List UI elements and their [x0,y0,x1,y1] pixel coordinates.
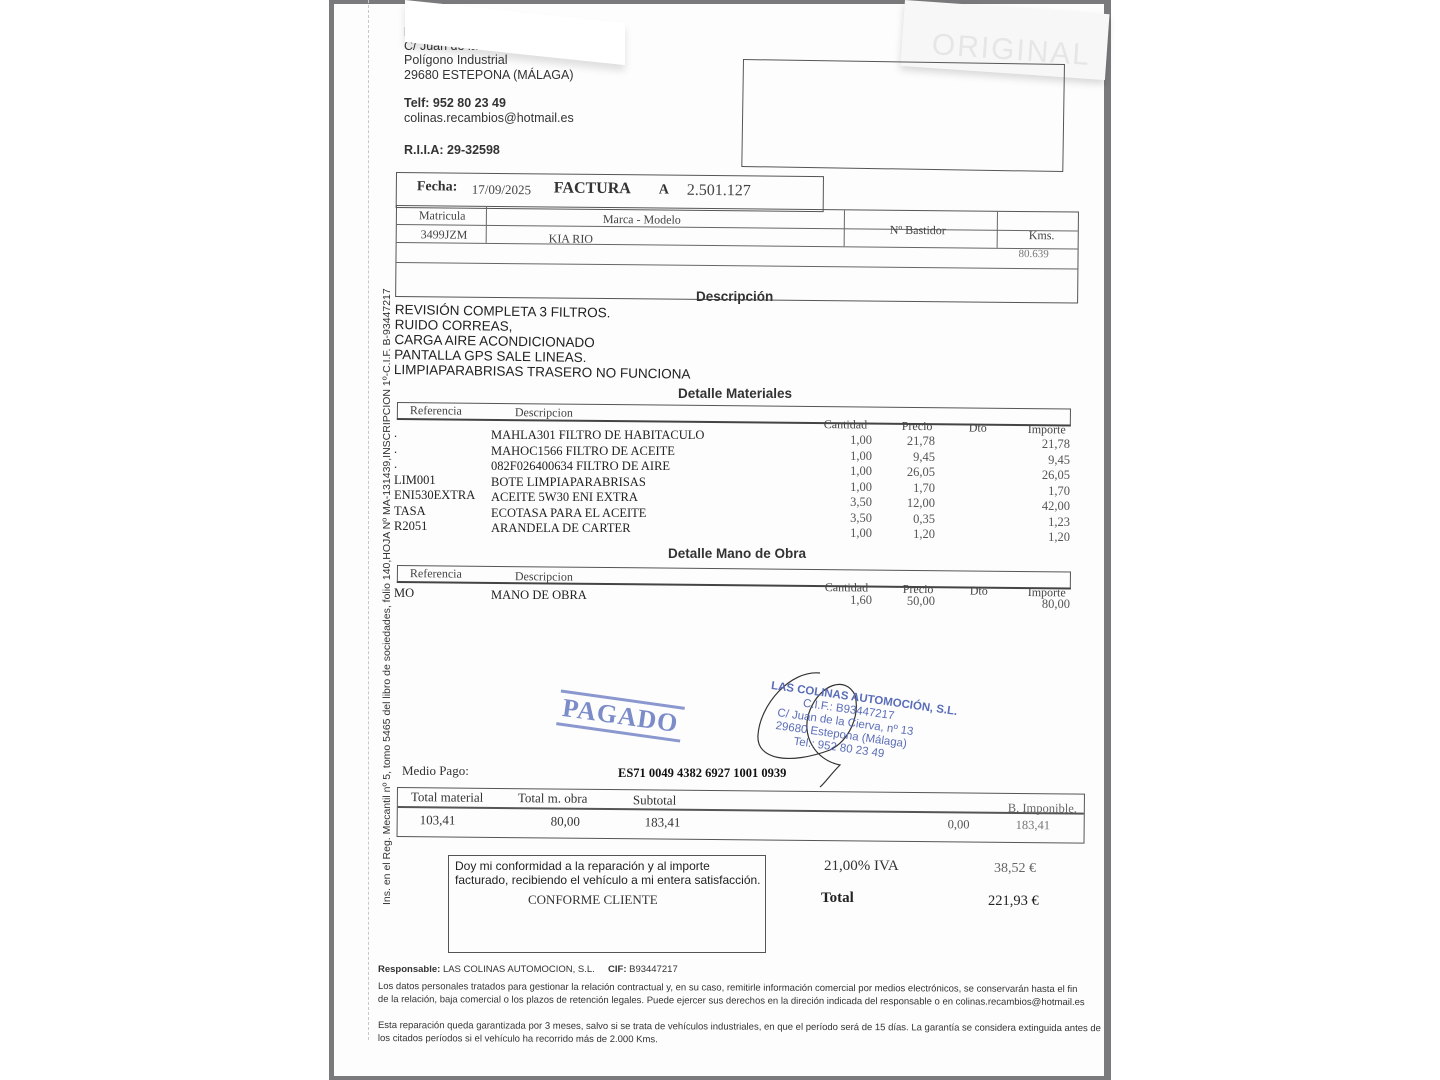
materials-price-cell: 21,78 [880,434,935,449]
vehicle-kms: 80.639 [1019,248,1049,260]
materials-qty-header: Cantidad [824,417,867,432]
materials-qty-cell: 1,00 [822,449,872,464]
materials-desc-cell: 082F026400634 FILTRO DE AIRE [491,459,670,474]
conformity-box: Doy mi conformidad a la reparación y al … [448,855,766,953]
labor-ref-header: Referencia [410,566,462,581]
materials-qty-cell: 1,00 [822,526,872,541]
materials-amount-cell: 26,05 [1010,468,1070,483]
materials-amount-cell: 42,00 [1010,499,1070,514]
total-material-value: 103,41 [420,812,456,828]
materials-ref-cell: TASA [394,504,426,519]
footer-warranty: Esta reparación queda garantizada por 3 … [378,1020,1101,1048]
materials-ref-cell: . [394,457,397,472]
conformity-text: Doy mi conformidad a la reparación y al … [455,860,761,887]
labor-qty-cell: 1,60 [822,593,872,608]
vin-header: Nº Bastidor [890,223,946,239]
materials-qty-cell: 1,00 [822,480,872,495]
materials-ref-cell: R2051 [394,519,427,534]
total-value: 221,93 € [988,893,1039,910]
materials-ref-header: Referencia [410,403,462,418]
footer-privacy: Los datos personales tratados para gesti… [378,981,1085,1009]
base-header: B. Imponible. [1008,801,1077,817]
materials-price-cell: 1,20 [880,527,935,542]
base-value: 183,41 [1016,818,1051,833]
vat-value: 38,52 € [994,861,1036,877]
total-label: Total [821,890,854,907]
invoice-number: 2.501.127 [687,182,751,201]
materials-ref-cell: . [394,442,397,457]
subtotal-value: 183,41 [645,814,681,830]
invoice-type: FACTURA [554,180,631,199]
perforation-line [368,0,369,1040]
invoice-date: 17/09/2025 [472,182,531,199]
subtotal-header: Subtotal [633,792,676,808]
client-address-box [741,59,1065,172]
materials-amount-cell: 1,70 [1010,484,1070,499]
footer-responsable: Responsable: LAS COLINAS AUTOMOCION, S.L… [378,964,678,977]
registry-side-text: Ins. en el Reg. Mecantil nº 5, tomo 5465… [381,305,393,905]
labor-title: Detalle Mano de Obra [668,546,806,561]
kms-header: Kms. [1029,228,1055,243]
total-labor-value: 80,00 [551,813,580,829]
labor-ref-cell: MO [394,586,414,601]
description-lines: REVISIÓN COMPLETA 3 FILTROS. RUIDO CORRE… [394,302,692,382]
materials-dto-header: Dto [969,420,987,435]
labor-dto-header: Dto [970,583,988,598]
materials-qty-cell: 3,50 [822,511,872,526]
materials-desc-cell: ARANDELA DE CARTER [491,521,631,536]
materials-amount-cell: 1,23 [1010,515,1070,530]
vat-label: 21,00% IVA [824,858,899,875]
payment-label: Medio Pago: [402,763,469,779]
materials-price-cell: 12,00 [880,496,935,511]
materials-amount-cell: 1,20 [1010,530,1070,545]
materials-amount-cell: 21,78 [1010,437,1070,452]
materials-desc-cell: ECOTASA PARA EL ACEITE [491,506,646,521]
materials-amount-header: Importe [1028,422,1066,437]
labor-desc-header: Descripcion [515,569,573,585]
company-phone: Telf: 952 80 23 49 [404,96,506,110]
description-title: Descripción [696,289,773,304]
totals-table: Total material Total m. obra Subtotal B.… [397,787,1085,844]
materials-desc-cell: MAHOC1566 FILTRO DE ACEITE [491,444,675,459]
total-labor-header: Total m. obra [518,790,588,807]
materials-qty-cell: 1,00 [822,464,872,479]
plate-header: Matricula [419,208,466,223]
total-material-header: Total material [411,789,484,806]
conformity-label: CONFORME CLIENTE [528,892,658,908]
materials-price-header: Precio [902,419,933,434]
materials-qty-cell: 3,50 [822,495,872,510]
materials-ref-cell: . [394,426,397,441]
labor-amount-cell: 80,00 [1010,597,1070,612]
company-city: 29680 ESTEPONA (MÁLAGA) [404,68,574,82]
company-riia: R.I.I.A: 29-32598 [404,143,500,157]
model-header: Marca - Modelo [603,212,681,228]
materials-price-cell: 26,05 [880,465,935,480]
materials-price-cell: 9,45 [880,450,935,465]
materials-qty-cell: 1,00 [822,433,872,448]
company-area: Polígono Industrial [404,53,508,67]
invoice-series: A [659,183,669,199]
labor-desc-cell: MANO DE OBRA [491,588,587,603]
materials-title: Detalle Materiales [678,386,792,401]
materials-ref-cell: LIM001 [394,473,436,488]
labor-price-cell: 50,00 [880,594,935,609]
materials-desc-cell: MAHLA301 FILTRO DE HABITACULO [491,428,704,443]
materials-ref-cell: ENI530EXTRA [394,488,475,503]
materials-desc-cell: BOTE LIMPIAPARABRISAS [491,475,646,490]
date-label: Fecha: [417,179,458,195]
materials-desc-header: Descripcion [515,405,573,421]
vehicle-model: KIA RIO [549,231,593,246]
materials-desc-cell: ACEITE 5W30 ENI EXTRA [491,490,638,505]
materials-amount-cell: 9,45 [1010,453,1070,468]
materials-price-cell: 1,70 [880,481,935,496]
vehicle-plate: 3499JZM [421,227,468,242]
discount-value: 0,00 [948,817,970,832]
company-email: colinas.recambios@hotmail.es [404,111,574,125]
materials-price-cell: 0,35 [880,512,935,527]
payment-iban: ES71 0049 4382 6927 1001 0939 [618,766,786,781]
